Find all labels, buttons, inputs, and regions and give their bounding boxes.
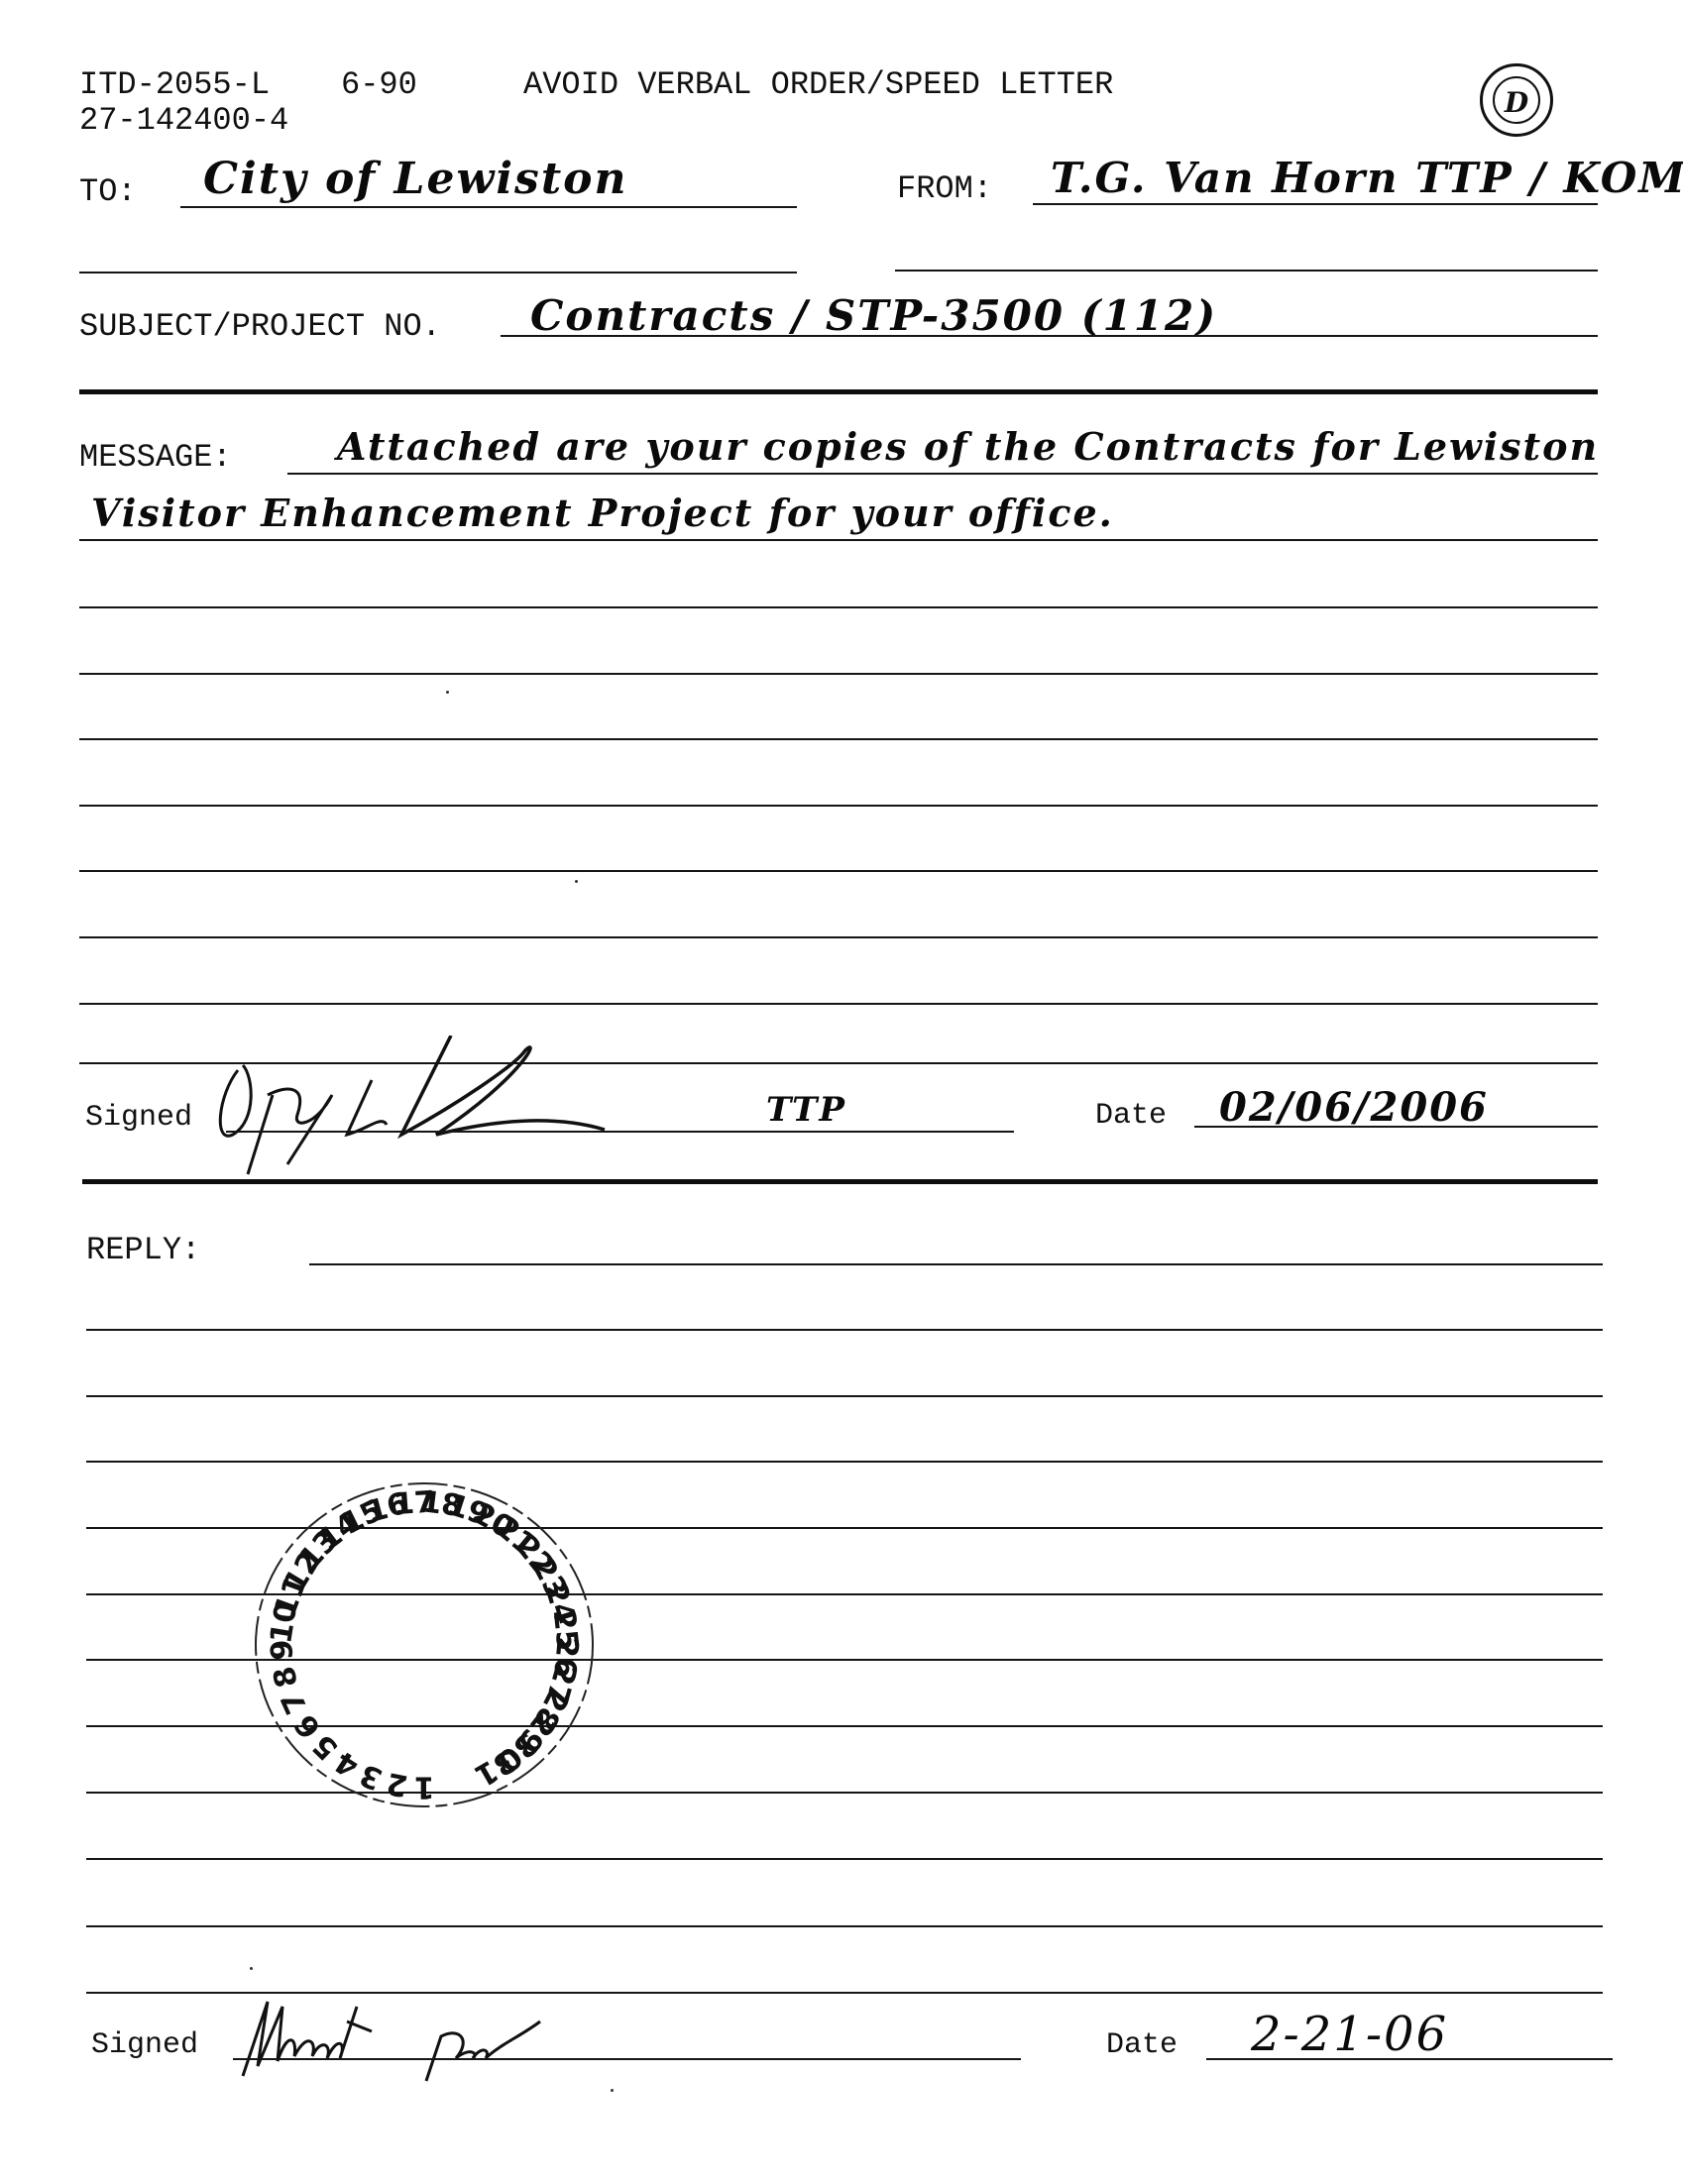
reply-date-label: Date (1106, 2030, 1178, 2060)
itd-seal-icon: D (1480, 63, 1553, 137)
stamp-day-number: 8 (267, 1663, 305, 1691)
ruled-line (86, 1461, 1603, 1463)
stamp-day-number: 2 (384, 1765, 410, 1802)
message-signature-strokes (198, 1036, 753, 1184)
to-line-2 (79, 272, 797, 273)
ruled-line (86, 1329, 1603, 1331)
section-divider-top (79, 389, 1598, 394)
ruled-line (86, 1858, 1603, 1860)
ruled-line (79, 738, 1598, 740)
speed-letter-form: ITD-2055-L 6-90 AVOID VERBAL ORDER/SPEED… (0, 0, 1683, 2184)
form-title: AVOID VERBAL ORDER/SPEED LETTER (523, 69, 1113, 101)
message-label: MESSAGE: (79, 442, 232, 474)
ruled-line (79, 805, 1598, 807)
section-divider-reply (82, 1179, 1598, 1184)
stamp-day-number: 1 (414, 1770, 435, 1804)
form-revision-date: 6-90 (341, 69, 417, 101)
from-line (1033, 203, 1598, 205)
ruled-line (79, 1003, 1598, 1005)
ruled-line (79, 673, 1598, 675)
message-rule-2 (79, 539, 1598, 541)
scan-speck (446, 691, 449, 694)
reply-signed-label: Signed (91, 2030, 198, 2060)
reply-label: REPLY: (86, 1235, 200, 1266)
form-code: ITD-2055-L (79, 69, 270, 101)
to-label: TO: (79, 176, 137, 208)
message-date-value[interactable]: 02/06/2006 (1219, 1084, 1489, 1131)
from-value[interactable]: T.G. Van Horn TTP / KOM (1051, 154, 1683, 202)
reply-date-line (1206, 2058, 1613, 2060)
reply-signed-line (233, 2058, 1021, 2060)
subject-value[interactable]: Contracts / STP-3500 (112) (530, 291, 1217, 340)
reply-date-value[interactable]: 2-21-06 (1251, 2007, 1448, 2062)
seal-inner-ring: D (1493, 76, 1540, 124)
message-signed-label: Signed (85, 1103, 192, 1133)
to-value[interactable]: City of Lewiston (203, 154, 628, 204)
scan-speck (611, 2089, 614, 2092)
subject-label: SUBJECT/PROJECT NO. (79, 311, 441, 343)
message-signature-suffix: TTP (766, 1090, 846, 1130)
scan-speck (250, 1967, 253, 1970)
date-received-stamp: 1234567891011121314151617181920212223242… (253, 1479, 596, 1810)
ruled-line (79, 936, 1598, 938)
ruled-line (86, 1925, 1603, 1927)
reply-rule-1 (309, 1263, 1603, 1265)
from-label: FROM: (897, 173, 992, 205)
message-line-2[interactable]: Visitor Enhancement Project for your off… (91, 491, 1114, 535)
message-rule-1 (287, 473, 1598, 475)
message-line-1[interactable]: Attached are your copies of the Contract… (337, 424, 1599, 469)
ruled-line (79, 870, 1598, 872)
message-date-line (1194, 1126, 1598, 1128)
ruled-line (86, 1395, 1603, 1397)
seal-letter-d: D (1495, 86, 1538, 119)
document-number: 27-142400-4 (79, 105, 288, 137)
ruled-line (79, 606, 1598, 608)
from-line-2 (895, 270, 1598, 272)
message-date-label: Date (1095, 1101, 1167, 1131)
message-signed-line (226, 1131, 1014, 1133)
reply-signature-strokes (223, 1987, 639, 2086)
subject-line (501, 335, 1598, 337)
to-line (180, 206, 797, 208)
scan-speck (575, 880, 578, 883)
